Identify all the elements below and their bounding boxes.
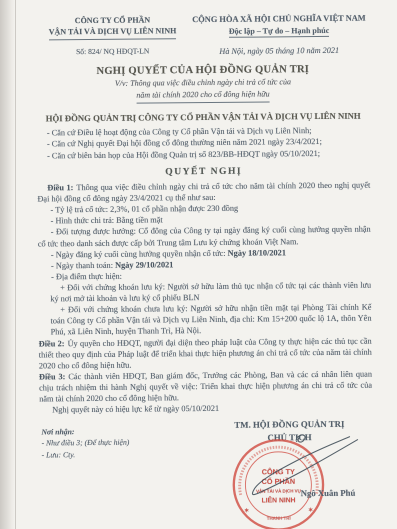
recipient-item: - Lưu: Cty. (42, 448, 130, 460)
article-1-label: Điều 1: (47, 183, 73, 192)
preamble-item: - Căn cứ biên bản họp của Hội đồng Quản … (47, 147, 370, 161)
article-2: Điều 2:Ủy quyền cho HĐQT, người đại diện… (39, 335, 372, 371)
recipient-item: - Như điều 3; (Để thực hiện) (42, 437, 130, 449)
seal-star-left: ✶ (244, 508, 249, 515)
subject-line-1: V/v: Thông qua việc điều chỉnh ngày chi … (36, 76, 369, 89)
article-3: Điều 3:Các thành viên HĐQT, Ban giám đốc… (39, 368, 372, 404)
sub-bullet-undeposited-shares: + Đối với chứng khoán chưa lưu ký: Người… (38, 302, 371, 338)
document-title: NGHỊ QUYẾT CỦA HỘI ĐỒNG QUẢN TRỊ (36, 63, 369, 77)
seal-ring-bottom: THANH TRÌ (267, 514, 292, 521)
seal-line2: CỔ PHẦN (262, 476, 296, 486)
signature-footer: Nơi nhận: - Như điều 3; (Để thực hiện) -… (39, 418, 373, 526)
payment-date-value: Ngày 29/10/2021 (115, 260, 173, 270)
article-1: Điều 1:Thông qua việc điều chỉnh ngày ch… (37, 180, 370, 205)
issuing-org-block: CÔNG TY CỔ PHẦN VẬN TẢI VÀ DỊCH VỤ LIÊN … (36, 15, 190, 57)
record-date-value: Ngày 18/10/2021 (228, 248, 286, 258)
issuer-heading: HỘI ĐỒNG QUẢN TRỊ CÔNG TY CỔ PHẦN VẬN TẢ… (37, 110, 370, 123)
resolution-word: QUYẾT NGHỊ (37, 165, 370, 179)
document-header: CÔNG TY CỔ PHẦN VẬN TẢI VÀ DỊCH VỤ LIÊN … (36, 14, 369, 58)
signer-name: Ngô Xuân Phú (268, 488, 388, 499)
national-header-block: CỘNG HÒA XÃ HỘI CHỦ NGHĨA VIỆT NAM Độc l… (189, 14, 369, 56)
document-number: Số: 824/ NQ HĐQT-LN (36, 46, 189, 56)
article-3-label: Điều 3: (39, 372, 65, 381)
place-and-date: Hà Nội, ngày 05 tháng 10 năm 2021 (189, 45, 369, 56)
national-title: CỘNG HÒA XÃ HỘI CHỦ NGHĨA VIỆT NAM (189, 14, 369, 26)
effective-date-line: Nghị quyết này có hiệu lực kể từ ngày 05… (39, 402, 372, 416)
recipients-heading: Nơi nhận: (41, 426, 129, 438)
national-motto: Độc lập – Tự do – Hạnh phúc (229, 26, 330, 38)
bullet-beneficiaries: - Đối tượng được hưởng: Cổ đông của Công… (38, 224, 371, 249)
org-name-line2: VẬN TẢI VÀ DỊCH VỤ LIÊN NINH (49, 26, 177, 40)
resolution-body: Điều 1:Thông qua việc điều chỉnh ngày ch… (37, 180, 372, 416)
article-2-label: Điều 2: (39, 339, 65, 348)
recipients-block: Nơi nhận: - Như điều 3; (Để thực hiện) -… (41, 426, 129, 460)
sub-bullet-deposited-shares: + Đối với chứng khoán lưu ký: Người sở h… (38, 280, 371, 305)
seal-line1: CÔNG TY (262, 467, 295, 476)
subject-line-2: năm tài chính 2020 cho cổ đông hiện hữu (136, 90, 269, 104)
preamble-block: - Căn cứ Điều lệ hoạt động của Công ty C… (37, 124, 370, 161)
document-content: CÔNG TY CỔ PHẦN VẬN TẢI VÀ DỊCH VỤ LIÊN … (13, 0, 397, 529)
scanned-resolution-document: CÔNG TY CỔ PHẦN VẬN TẢI VÀ DỊCH VỤ LIÊN … (0, 0, 397, 529)
seal-star-right: ✶ (308, 507, 313, 514)
company-seal: CÔNG TY CỔ PHẦN VẬN TẢI VÀ DỊCH VỤ LIÊN … (230, 436, 328, 529)
